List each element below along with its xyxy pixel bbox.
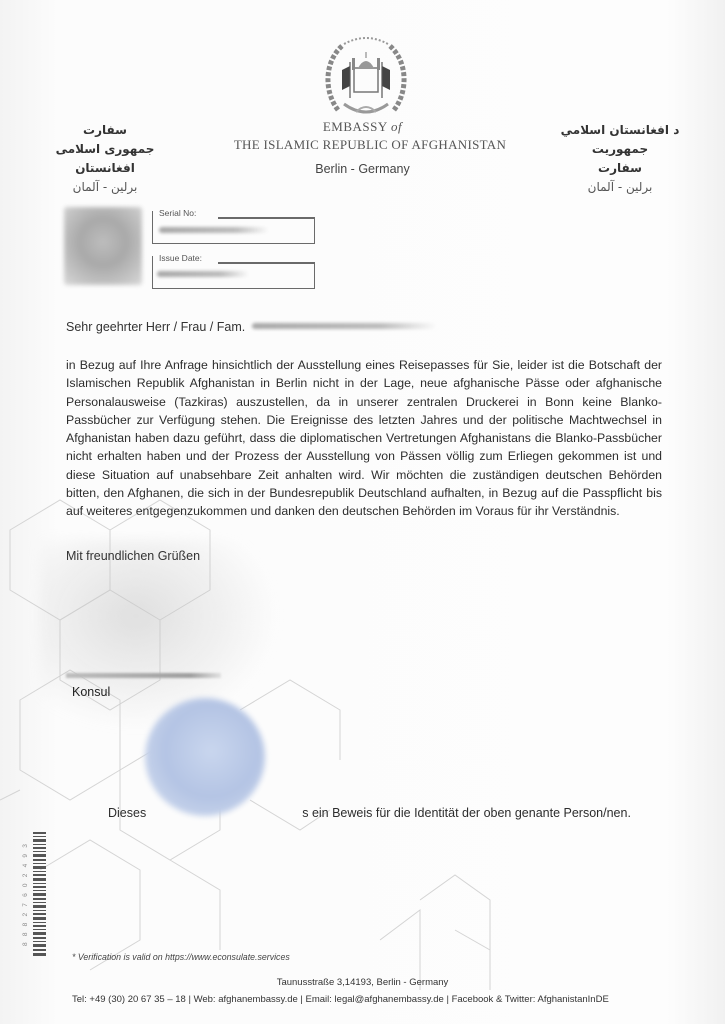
official-stamp-blurred <box>145 698 265 816</box>
pashto-line-2: سفارت <box>540 159 700 178</box>
signatory-title: Konsul <box>72 685 110 699</box>
dari-header: سفارت جمهوری اسلامی افغانستان برلین - آل… <box>30 121 180 197</box>
issue-date-field: Issue Date: <box>152 262 315 289</box>
embassy-address: Taunusstraße 3,14193, Berlin - Germany <box>0 977 725 988</box>
embassy-contact-info: Tel: +49 (30) 20 67 35 – 18 | Web: afgha… <box>72 994 609 1005</box>
issue-date-label: Issue Date: <box>159 253 202 263</box>
letter-body: in Bezug auf Ihre Anfrage hinsichtlich d… <box>66 356 662 521</box>
pashto-header: د افغانستان اسلامي جمهوریت سفارت برلین -… <box>540 121 700 197</box>
serial-number-label: Serial No: <box>159 208 196 218</box>
pashto-line-1: د افغانستان اسلامي جمهوریت <box>540 121 700 159</box>
identity-proof-note: Diesess ein Beweis für die Identität der… <box>108 806 631 820</box>
salutation: Sehr geehrter Herr / Frau / Fam. <box>66 320 245 334</box>
embassy-country: THE ISLAMIC REPUBLIC OF AFGHANISTAN <box>230 137 510 153</box>
coat-of-arms-emblem-icon <box>322 32 410 128</box>
proof-text-start: Dieses <box>108 806 146 820</box>
proof-text-end: s ein Beweis für die Identität der oben … <box>302 806 631 820</box>
pashto-line-3: برلین - آلمان <box>540 178 700 197</box>
barcode-icon <box>33 832 46 956</box>
barcode-number: 8 8 8 2 7 6 0 2 4 9 3 <box>22 832 32 956</box>
closing-phrase: Mit freundlichen Grüßen <box>66 549 200 563</box>
issue-date-redacted <box>157 271 249 277</box>
recipient-name-redacted <box>252 323 437 329</box>
verification-note: * Verification is valid on https://www.e… <box>72 952 290 962</box>
dari-line-3: برلین - آلمان <box>30 178 180 197</box>
blurred-background-region <box>40 540 280 730</box>
applicant-photo-blurred <box>64 207 142 285</box>
serial-number-redacted <box>159 227 269 233</box>
signature-line <box>66 673 221 678</box>
dari-line-1: سفارت <box>30 121 180 140</box>
dari-line-2: جمهوری اسلامی افغانستان <box>30 140 180 178</box>
serial-number-field: Serial No: <box>152 217 315 244</box>
letter-page: EMBASSY of THE ISLAMIC REPUBLIC OF AFGHA… <box>0 0 725 1024</box>
